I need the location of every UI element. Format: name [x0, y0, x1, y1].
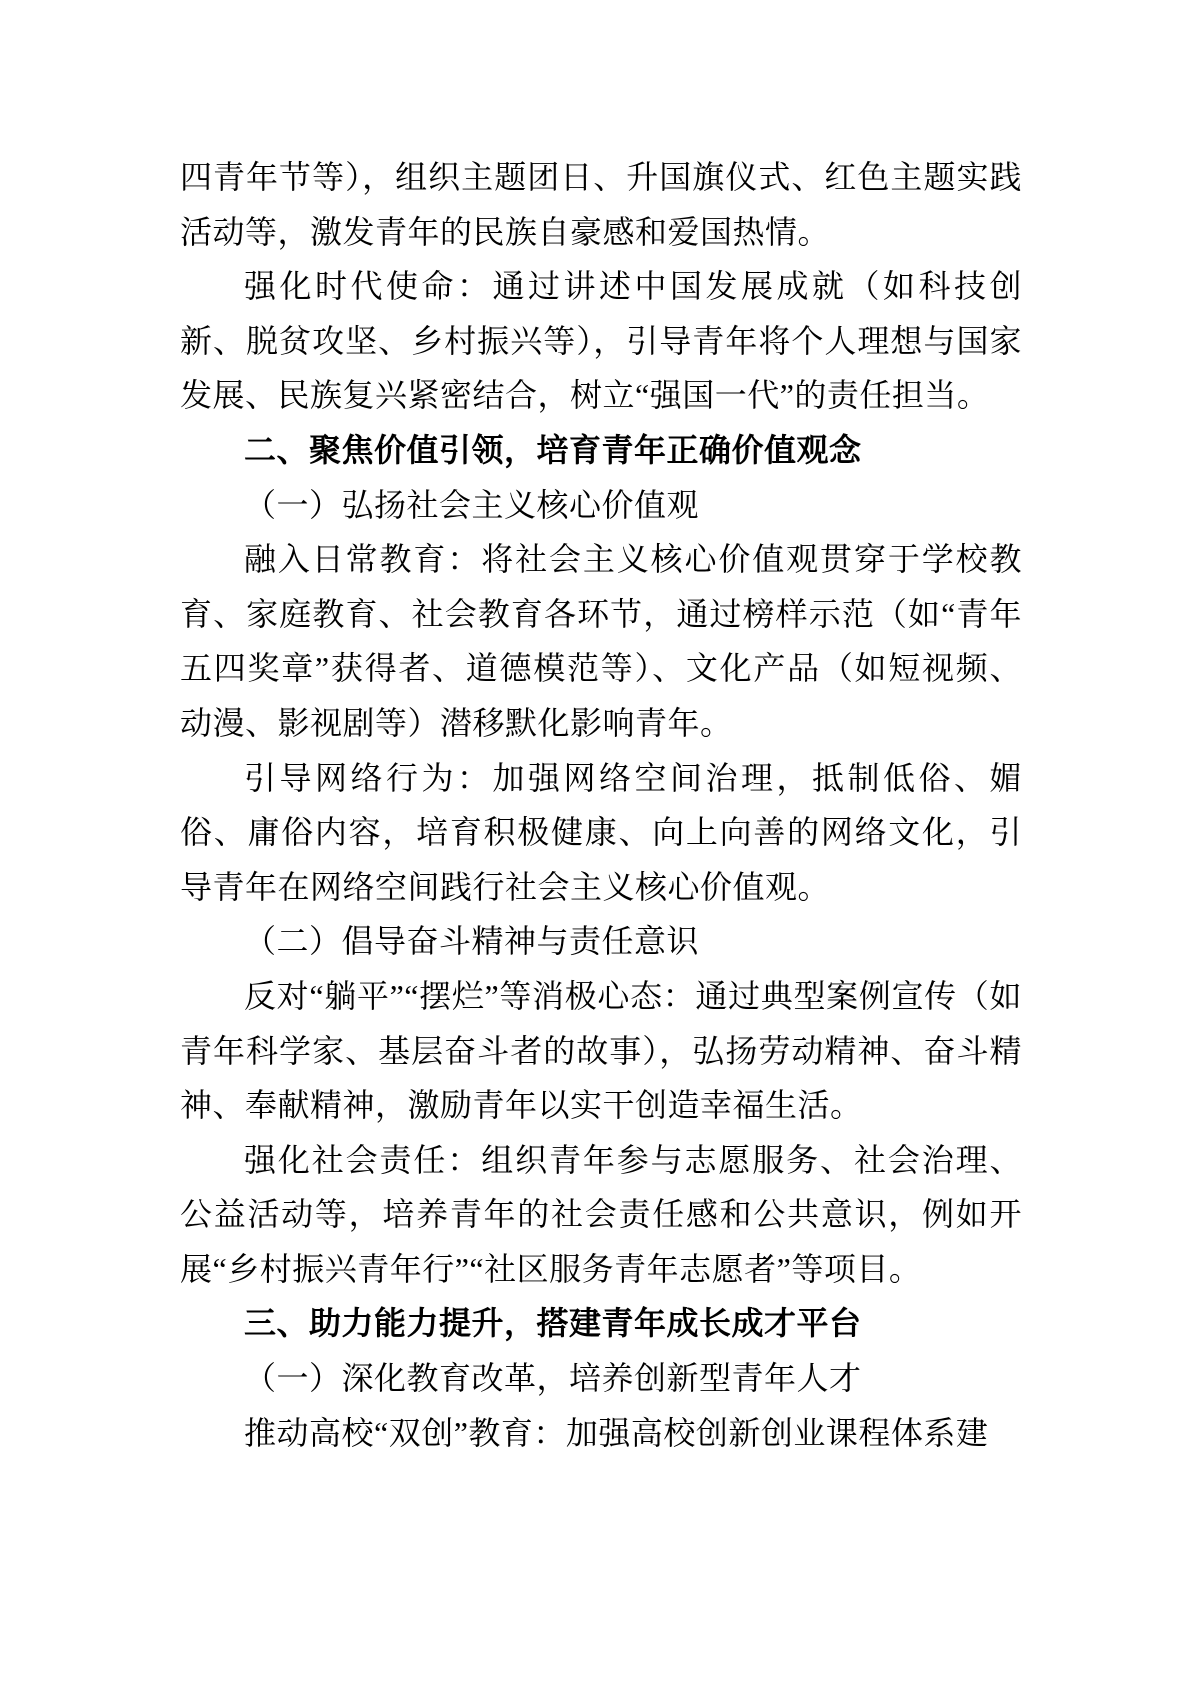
paragraph: 强化时代使命：通过讲述中国发展成就（如科技创新、脱贫攻坚、乡村振兴等），引导青年…: [180, 259, 1022, 423]
paragraph: 推动高校“双创”教育：加强高校创新创业课程体系建: [180, 1406, 1022, 1461]
paragraph: 强化社会责任：组织青年参与志愿服务、社会治理、公益活动等，培养青年的社会责任感和…: [180, 1133, 1022, 1297]
heading2: （一）深化教育改革，培养创新型青年人才: [180, 1351, 1022, 1406]
paragraph: 融入日常教育：将社会主义核心价值观贯穿于学校教育、家庭教育、社会教育各环节，通过…: [180, 532, 1022, 750]
document-page: 四青年节等），组织主题团日、升国旗仪式、红色主题实践活动等，激发青年的民族自豪感…: [0, 0, 1190, 1683]
heading2: （二）倡导奋斗精神与责任意识: [180, 914, 1022, 969]
heading2: （一）弘扬社会主义核心价值观: [180, 478, 1022, 533]
heading1: 三、助力能力提升，搭建青年成长成才平台: [180, 1296, 1022, 1351]
paragraph: 四青年节等），组织主题团日、升国旗仪式、红色主题实践活动等，激发青年的民族自豪感…: [180, 150, 1022, 259]
heading1: 二、聚焦价值引领，培育青年正确价值观念: [180, 423, 1022, 478]
paragraph: 反对“躺平”“摆烂”等消极心态：通过典型案例宣传（如青年科学家、基层奋斗者的故事…: [180, 969, 1022, 1133]
paragraph: 引导网络行为：加强网络空间治理，抵制低俗、媚俗、庸俗内容，培育积极健康、向上向善…: [180, 751, 1022, 915]
document-body: 四青年节等），组织主题团日、升国旗仪式、红色主题实践活动等，激发青年的民族自豪感…: [180, 150, 1022, 1460]
